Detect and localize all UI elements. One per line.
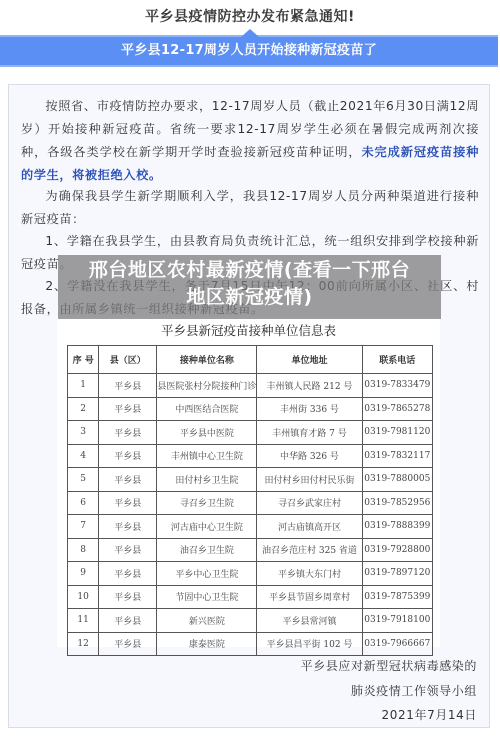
table-row: 12平乡县康泰医院平乡县昌平街 102 号0319-7966667 — [68, 632, 433, 656]
cell-county: 平乡县 — [99, 585, 157, 609]
cell-county: 平乡县 — [99, 609, 157, 633]
cell-address: 平乡县节固乡周章村 — [257, 585, 362, 609]
signature-org-line-2: 肺炎疫情工作领导小组 — [351, 682, 477, 699]
cell-county: 平乡县 — [99, 421, 157, 445]
overlay-headline: 邢台地区农村最新疫情(查看一下邢台 地区新冠疫情) — [58, 257, 441, 311]
table-row: 4平乡县丰州镇中心卫生院中华路 326 号0319-7832117 — [68, 444, 433, 468]
cell-phone: 0319-7928800 — [362, 538, 432, 562]
cell-county: 平乡县 — [99, 468, 157, 492]
overlay-line-2: 地区新冠疫情) — [58, 284, 441, 311]
cell-site-name: 平乡县中医院 — [157, 421, 257, 445]
table-row: 8平乡县油召乡卫生院油召乡范庄村 325 省道0319-7928800 — [68, 538, 433, 562]
overlay-line-1: 邢台地区农村最新疫情(查看一下邢台 — [58, 257, 441, 284]
table-header-row: 序 号 县（区） 接种单位名称 单位地址 联系电话 — [68, 346, 433, 374]
vaccination-sites-table-image: 平乡县新冠疫苗接种单位信息表 序 号 县（区） 接种单位名称 单位地址 联系电话… — [57, 317, 440, 647]
cell-index: 5 — [68, 468, 99, 492]
cell-county: 平乡县 — [99, 491, 157, 515]
table-row: 1平乡县县医院张村分院接种门诊丰州镇人民路 212 号0319-7833479 — [68, 374, 433, 398]
cell-address: 丰州镇人民路 212 号 — [257, 374, 362, 398]
cell-index: 8 — [68, 538, 99, 562]
cell-county: 平乡县 — [99, 444, 157, 468]
table-row: 10平乡县节固中心卫生院平乡县节固乡周章村0319-7875399 — [68, 585, 433, 609]
table-row: 6平乡县寻召乡卫生院寻召乡武家庄村0319-7852956 — [68, 491, 433, 515]
cell-county: 平乡县 — [99, 562, 157, 586]
cell-site-name: 田付村乡卫生院 — [157, 468, 257, 492]
cell-county: 平乡县 — [99, 515, 157, 539]
table-row: 9平乡县平乡中心卫生院平乡镇大东门村0319-7897120 — [68, 562, 433, 586]
header-address: 单位地址 — [257, 346, 362, 374]
notice-paragraph-1: 按照省、市疫情防控办要求，12-17周岁人员（截止2021年6月30日满12周岁… — [21, 95, 479, 187]
cell-county: 平乡县 — [99, 397, 157, 421]
table-title: 平乡县新冠疫苗接种单位信息表 — [57, 317, 440, 343]
banner-text: 平乡县12-17周岁人员开始接种新冠疫苗了 — [0, 37, 498, 65]
banner-notch-decoration — [241, 29, 259, 37]
cell-phone: 0319-7888399 — [362, 515, 432, 539]
cell-address: 油召乡范庄村 325 省道 — [257, 538, 362, 562]
cell-address: 丰州街 336 号 — [257, 397, 362, 421]
notice-card: 按照省、市疫情防控办要求，12-17周岁人员（截止2021年6月30日满12周岁… — [8, 84, 490, 728]
cell-phone: 0319-7832117 — [362, 444, 432, 468]
header-site-name: 接种单位名称 — [157, 346, 257, 374]
cell-index: 11 — [68, 609, 99, 633]
cell-address: 平乡县常河镇 — [257, 609, 362, 633]
table-row: 3平乡县平乡县中医院丰州镇育才路 7 号0319-7981120 — [68, 421, 433, 445]
cell-index: 9 — [68, 562, 99, 586]
cell-phone: 0319-7897120 — [362, 562, 432, 586]
vaccination-sites-table: 序 号 县（区） 接种单位名称 单位地址 联系电话 1平乡县县医院张村分院接种门… — [67, 345, 433, 656]
table-row: 2平乡县中西医结合医院丰州街 336 号0319-7865278 — [68, 397, 433, 421]
cell-address: 河古庙镇高开区 — [257, 515, 362, 539]
cell-county: 平乡县 — [99, 374, 157, 398]
header-county: 县（区） — [99, 346, 157, 374]
cell-site-name: 县医院张村分院接种门诊 — [157, 374, 257, 398]
cell-index: 4 — [68, 444, 99, 468]
signature-org-line-1: 平乡县应对新型冠状病毒感染的 — [301, 657, 477, 674]
table-row: 7平乡县河古庙中心卫生院河古庙镇高开区0319-7888399 — [68, 515, 433, 539]
cell-address: 丰州镇育才路 7 号 — [257, 421, 362, 445]
cell-site-name: 油召乡卫生院 — [157, 538, 257, 562]
cell-index: 6 — [68, 491, 99, 515]
cell-site-name: 丰州镇中心卫生院 — [157, 444, 257, 468]
cell-index: 10 — [68, 585, 99, 609]
cell-phone: 0319-7865278 — [362, 397, 432, 421]
cell-index: 7 — [68, 515, 99, 539]
cell-site-name: 寻召乡卫生院 — [157, 491, 257, 515]
cell-site-name: 平乡中心卫生院 — [157, 562, 257, 586]
header-index: 序 号 — [68, 346, 99, 374]
cell-site-name: 新兴医院 — [157, 609, 257, 633]
cell-county: 平乡县 — [99, 538, 157, 562]
cell-phone: 0319-7875399 — [362, 585, 432, 609]
cell-index: 2 — [68, 397, 99, 421]
cell-address: 中华路 326 号 — [257, 444, 362, 468]
subtitle-banner: 平乡县12-17周岁人员开始接种新冠疫苗了 — [0, 35, 498, 67]
cell-index: 12 — [68, 632, 99, 656]
cell-index: 1 — [68, 374, 99, 398]
cell-phone: 0319-7852956 — [362, 491, 432, 515]
cell-address: 平乡镇大东门村 — [257, 562, 362, 586]
cell-site-name: 康泰医院 — [157, 632, 257, 656]
notice-headline: 平乡县疫情防控办发布紧急通知! — [0, 6, 500, 26]
cell-site-name: 中西医结合医院 — [157, 397, 257, 421]
signature-date: 2021年7月14日 — [382, 706, 477, 723]
cell-index: 3 — [68, 421, 99, 445]
header-phone: 联系电话 — [362, 346, 432, 374]
cell-address: 田付村乡田付村民乐街 — [257, 468, 362, 492]
cell-phone: 0319-7833479 — [362, 374, 432, 398]
notice-paragraph-2: 为确保我县学生新学期顺利入学，我县12-17周岁人员分两种渠道进行接种新冠疫苗： — [21, 185, 479, 231]
cell-phone: 0319-7918100 — [362, 609, 432, 633]
cell-address: 平乡县昌平街 102 号 — [257, 632, 362, 656]
cell-site-name: 河古庙中心卫生院 — [157, 515, 257, 539]
cell-phone: 0319-7981120 — [362, 421, 432, 445]
cell-phone: 0319-7966667 — [362, 632, 432, 656]
table-row: 5平乡县田付村乡卫生院田付村乡田付村民乐街0319-7880005 — [68, 468, 433, 492]
cell-county: 平乡县 — [99, 632, 157, 656]
cell-phone: 0319-7880005 — [362, 468, 432, 492]
cell-site-name: 节固中心卫生院 — [157, 585, 257, 609]
cell-address: 寻召乡武家庄村 — [257, 491, 362, 515]
table-row: 11平乡县新兴医院平乡县常河镇0319-7918100 — [68, 609, 433, 633]
